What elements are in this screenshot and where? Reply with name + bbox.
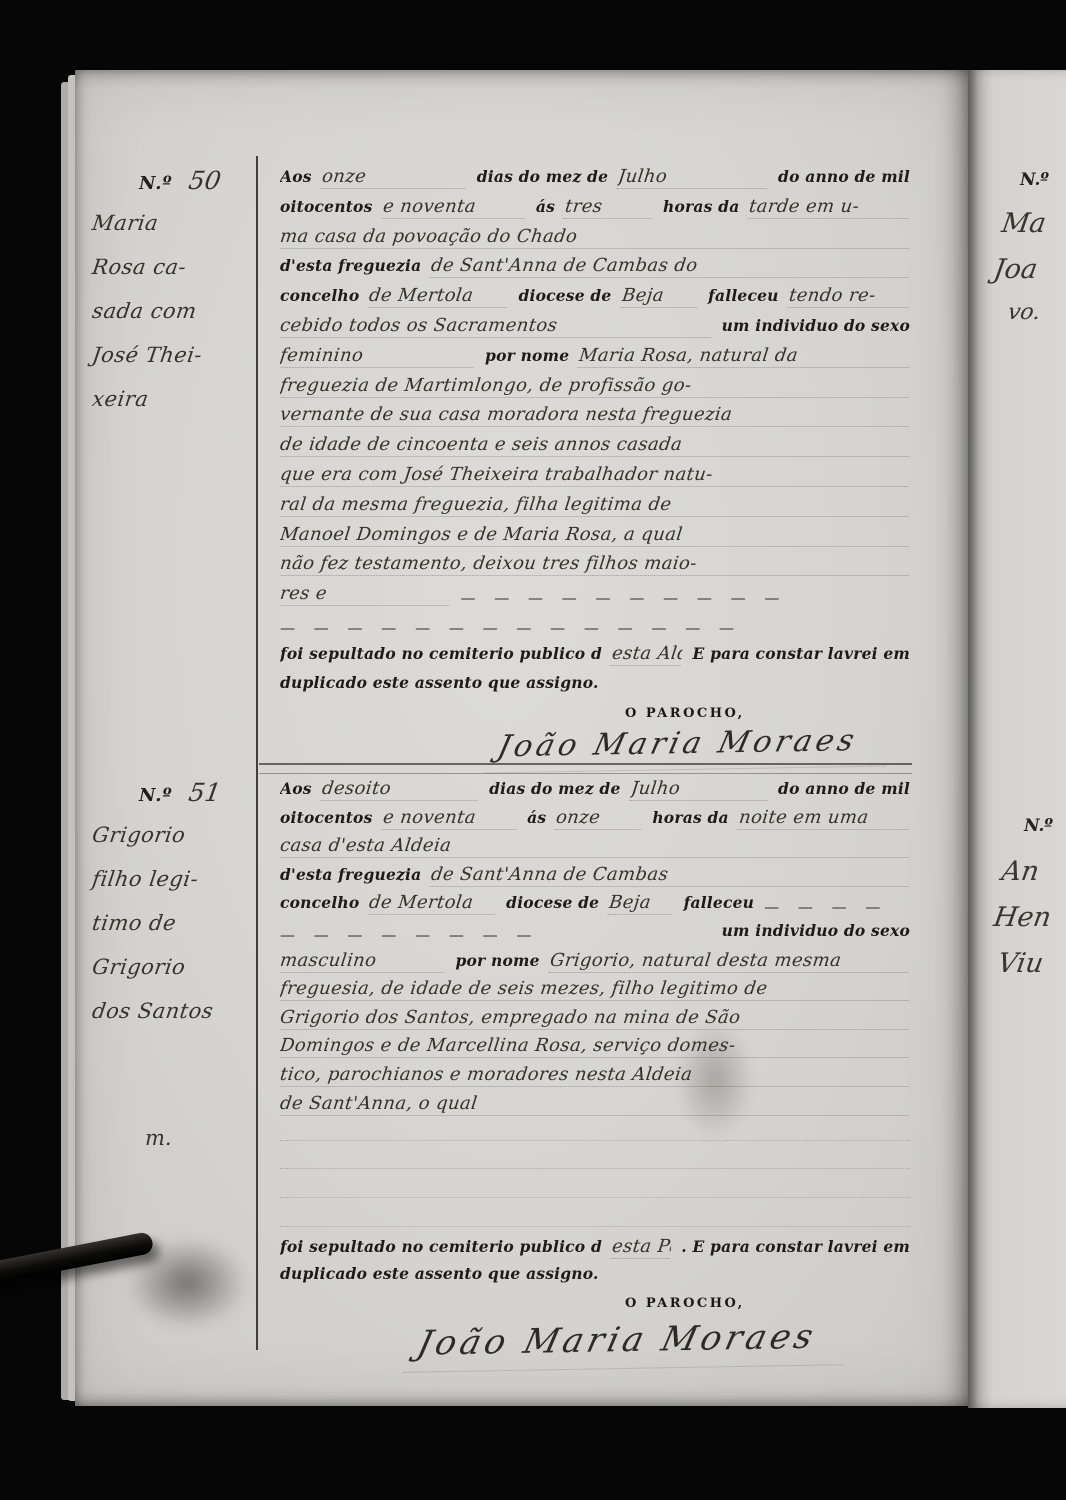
- record-body-line: freguezia de Martimlongo, de profissão g…: [280, 375, 910, 405]
- record-body-line: [280, 1150, 910, 1179]
- printed-form-text: duplicado este assento que assigno.: [280, 673, 599, 692]
- record-body-line: ral da mesma freguezia, filha legitima d…: [280, 494, 910, 524]
- handwritten-entry: Grigorio, natural desta mesma: [548, 950, 910, 973]
- printed-form-text: ás: [536, 197, 555, 216]
- record-body-line: [280, 1207, 910, 1236]
- handwritten-entry: tendo re-: [787, 285, 910, 308]
- margin-annotation-line: José Thei-: [88, 343, 262, 387]
- register-left-page: N.º 50 MariaRosa ca-sada comJosé Thei-xe…: [75, 70, 968, 1406]
- facing-margin-fragment: Hen: [992, 902, 1054, 933]
- margin-annotation: MariaRosa ca-sada comJosé Thei-xeira: [91, 211, 259, 431]
- handwritten-entry: Beja: [620, 285, 699, 308]
- margin-annotation-line: Maria: [88, 211, 262, 255]
- margin-annotation-line: xeira: [88, 387, 262, 431]
- parocho-label: O PAROCHO,: [280, 706, 910, 721]
- handwritten-entry: Maria Rosa, natural da: [578, 345, 910, 368]
- facing-margin-fragment: Joa: [992, 254, 1040, 285]
- printed-form-text: foi sepultado no cemiterio publico d: [280, 1237, 602, 1256]
- record-body-line: foi sepultado no cemiterio publico desta…: [280, 1236, 910, 1265]
- record-number-label: N.º: [139, 785, 173, 806]
- printed-form-text: oitocentos: [280, 808, 373, 827]
- printed-form-text: duplicado este assento que assigno.: [280, 1264, 599, 1283]
- record-body-line: — — — — — — — —um individuo do sexo: [280, 921, 910, 950]
- printed-form-text: concelho: [280, 893, 359, 912]
- blank-ruled-line: [280, 1166, 910, 1169]
- record-body-line: masculinopor nomeGrigorio, natural desta…: [280, 950, 910, 979]
- handwritten-entry: de Sant'Anna, o qual: [280, 1093, 910, 1116]
- handwritten-entry: cebido todos os Sacramentos: [280, 315, 713, 338]
- record-body-line: Manoel Domingos e de Maria Rosa, a qual: [280, 524, 910, 554]
- facing-margin-fragment: vo.: [1006, 300, 1042, 325]
- record-body-line: casa d'esta Aldeia: [280, 835, 910, 864]
- record-body-line: [280, 1121, 910, 1150]
- printed-form-text: diocese de: [506, 893, 599, 912]
- printed-form-text: E para constar lavrei em: [692, 644, 910, 663]
- record-body-line: Aosdesoitodias do mez deJulhodo anno de …: [280, 778, 910, 807]
- margin-annotation-line: filho legi-: [88, 867, 262, 911]
- record-number-value: 50: [186, 166, 222, 195]
- handwritten-entry: freguezia de Martimlongo, de profissão g…: [280, 375, 910, 398]
- handwritten-entry: tarde em u-: [748, 196, 910, 219]
- blank-ruled-line: [280, 1224, 910, 1227]
- record-body-line: que era com José Theixeira trabalhador n…: [280, 464, 910, 494]
- facing-margin-fragment: An: [1000, 856, 1042, 887]
- printed-form-text: um individuo do sexo: [722, 921, 910, 940]
- margin-annotation: Grigoriofilho legi-timo deGrigoriodos Sa…: [91, 823, 259, 1043]
- blank-ruled-line: [280, 1138, 910, 1141]
- facing-margin-fragment: Viu: [996, 948, 1046, 979]
- printed-form-text: do anno de mil: [778, 167, 910, 186]
- record-body-line: de idade de cincoenta e seis annos casad…: [280, 434, 910, 464]
- handwritten-entry: masculino: [280, 950, 447, 973]
- facing-page-edge: N.º Ma Joa vo. N.º An Hen Viu: [968, 70, 1066, 1408]
- margin-column: N.º 51 Grigoriofilho legi-timo deGrigori…: [91, 778, 259, 1043]
- handwritten-entry: de idade de cincoenta e seis annos casad…: [280, 434, 910, 457]
- record-body-line: — — — — — — — — — — — — — —: [280, 613, 910, 643]
- printed-form-text: por nome: [455, 951, 539, 970]
- record-number: N.º 51: [139, 778, 259, 807]
- printed-form-text: dias do mez de: [489, 779, 620, 798]
- printed-form-text: Aos: [280, 167, 312, 186]
- record-body-line: freguesia, de idade de seis mezes, filho…: [280, 978, 910, 1007]
- record-body-line: Aosonzedias do mez deJulhodo anno de mil: [280, 166, 910, 196]
- printed-form-text: d'esta freguezia: [280, 865, 421, 884]
- record-body-line: concelhode Mertoladiocese deBejafalleceu…: [280, 285, 910, 315]
- record-body-line: ma casa da povoação do Chado: [280, 226, 910, 256]
- handwritten-entry: de Mertola: [368, 285, 510, 308]
- record-body-line: Domingos e de Marcellina Rosa, serviço d…: [280, 1035, 910, 1064]
- blank-ruled-line: [280, 1195, 910, 1198]
- dash-fill: — — — — — — — — — — — — — —: [280, 619, 910, 637]
- handwritten-entry: Beja: [608, 892, 675, 915]
- handwritten-entry: feminino: [280, 345, 476, 368]
- printed-form-text: diocese de: [518, 286, 611, 305]
- handwritten-entry: de Sant'Anna de Cambas do: [430, 255, 910, 278]
- handwritten-entry: e noventa: [381, 196, 527, 219]
- record-body-line: d'esta fregueziade Sant'Anna de Cambas: [280, 864, 910, 893]
- printed-form-text: horas da: [652, 808, 728, 827]
- handwritten-entry: de Mertola: [368, 892, 498, 915]
- record-body-line: tico, parochianos e moradores nesta Alde…: [280, 1064, 910, 1093]
- handwritten-entry: tres: [564, 196, 655, 219]
- handwritten-entry: Julho: [617, 166, 770, 189]
- handwritten-entry: tico, parochianos e moradores nesta Alde…: [280, 1064, 910, 1087]
- margin-annotation-line: timo de: [88, 911, 262, 955]
- handwritten-entry: onze: [555, 807, 644, 830]
- margin-annotation-line: Grigorio: [88, 823, 262, 867]
- printed-form-text: d'esta freguezia: [280, 256, 421, 275]
- handwritten-entry: onze: [320, 166, 468, 189]
- record-body-line: concelhode Mertoladiocese deBejafalleceu…: [280, 892, 910, 921]
- handwritten-entry: que era com José Theixeira trabalhador n…: [280, 464, 910, 487]
- printed-form-text: oitocentos: [280, 197, 373, 216]
- handwritten-entry: Grigorio dos Santos, empregado na mina d…: [280, 1007, 910, 1030]
- handwritten-entry: esta Parochia: [611, 1236, 673, 1259]
- record-body-line: vernante de sua casa moradora nesta freg…: [280, 404, 910, 434]
- facing-margin-fragment: Ma: [1000, 208, 1049, 239]
- printed-form-text: do anno de mil: [778, 779, 910, 798]
- record-body-line: cebido todos os Sacramentosum individuo …: [280, 315, 910, 345]
- printed-form-text: . E para constar lavrei em: [681, 1237, 910, 1256]
- handwritten-entry: casa d'esta Aldeia: [280, 835, 910, 858]
- record-body-line: de Sant'Anna, o qual: [280, 1093, 910, 1122]
- printed-form-text: horas da: [663, 197, 739, 216]
- dash-fill: — — — — — — — —: [280, 926, 712, 944]
- handwritten-entry: freguesia, de idade de seis mezes, filho…: [280, 978, 910, 1001]
- record-number-label: N.º: [139, 173, 173, 194]
- signature-row: João Maria Moraes: [280, 1320, 910, 1369]
- record-body-line: oitocentose noventaástreshoras datarde e…: [280, 196, 910, 226]
- printed-form-text: ás: [527, 808, 546, 827]
- record-body: Aosonzedias do mez deJulhodo anno de mil…: [280, 166, 910, 702]
- parocho-label: O PAROCHO,: [280, 1296, 910, 1311]
- handwritten-entry: Manoel Domingos e de Maria Rosa, a qual: [280, 524, 910, 547]
- printed-form-text: concelho: [280, 286, 359, 305]
- margin-annotation-line: sada com: [88, 299, 262, 343]
- printed-form-text: foi sepultado no cemiterio publico d: [280, 644, 602, 663]
- scanned-register-photo: N.º 50 MariaRosa ca-sada comJosé Thei-xe…: [0, 0, 1066, 1500]
- handwritten-entry: noite em uma: [737, 807, 910, 830]
- margin-column: N.º 50 MariaRosa ca-sada comJosé Thei-xe…: [91, 166, 259, 431]
- printed-form-text: por nome: [485, 346, 569, 365]
- record-body-line: d'esta fregueziade Sant'Anna de Cambas d…: [280, 255, 910, 285]
- record-number-value: 51: [186, 778, 222, 807]
- dash-fill: — — — —: [764, 898, 910, 916]
- facing-record-number-label: N.º: [1020, 170, 1049, 190]
- record-body-line: foi sepultado no cemiterio publico desta…: [280, 643, 910, 673]
- handwritten-entry: vernante de sua casa moradora nesta freg…: [280, 404, 910, 427]
- record-body-line: não fez testamento, deixou tres filhos m…: [280, 553, 910, 583]
- record-body-line: duplicado este assento que assigno.: [280, 1264, 910, 1293]
- record-separator: [259, 763, 912, 774]
- record-body-line: res e— — — — — — — — — —: [280, 583, 910, 613]
- margin-annotation-line: dos Santos: [88, 999, 262, 1043]
- handwritten-entry: Julho: [629, 778, 769, 801]
- facing-record-number-label: N.º: [1024, 816, 1053, 836]
- margin-note: m.: [145, 1126, 172, 1150]
- handwritten-entry: desoito: [320, 778, 480, 801]
- handwritten-entry: Domingos e de Marcellina Rosa, serviço d…: [280, 1035, 910, 1058]
- record-number: N.º 50: [139, 166, 259, 195]
- printed-form-text: Aos: [280, 779, 312, 798]
- dash-fill: — — — — — — — — — —: [460, 589, 910, 607]
- record-body-line: oitocentose noventaásonzehoras danoite e…: [280, 807, 910, 836]
- handwritten-entry: ma casa da povoação do Chado: [280, 226, 910, 249]
- record-body-line: Grigorio dos Santos, empregado na mina d…: [280, 1007, 910, 1036]
- handwritten-entry: esta Aldeia: [611, 643, 684, 666]
- parish-priest-signature: João Maria Moraes: [403, 1316, 855, 1373]
- handwritten-entry: res e: [280, 583, 452, 606]
- printed-form-text: falleceu: [708, 286, 779, 305]
- record-body-line: [280, 1178, 910, 1207]
- margin-annotation-line: Rosa ca-: [88, 255, 262, 299]
- printed-form-text: falleceu: [684, 893, 755, 912]
- handwritten-entry: ral da mesma freguezia, filha legitima d…: [280, 494, 910, 517]
- record-body: Aosdesoitodias do mez deJulhodo anno de …: [280, 778, 910, 1293]
- margin-annotation-line: Grigorio: [88, 955, 262, 999]
- handwritten-entry: e noventa: [381, 807, 518, 830]
- record-body-line: femininopor nomeMaria Rosa, natural da: [280, 345, 910, 375]
- printed-form-text: dias do mez de: [477, 167, 608, 186]
- record-body-line: duplicado este assento que assigno.: [280, 673, 910, 703]
- handwritten-entry: não fez testamento, deixou tres filhos m…: [280, 553, 910, 576]
- handwritten-entry: de Sant'Anna de Cambas: [430, 864, 910, 887]
- printed-form-text: um individuo do sexo: [722, 316, 910, 335]
